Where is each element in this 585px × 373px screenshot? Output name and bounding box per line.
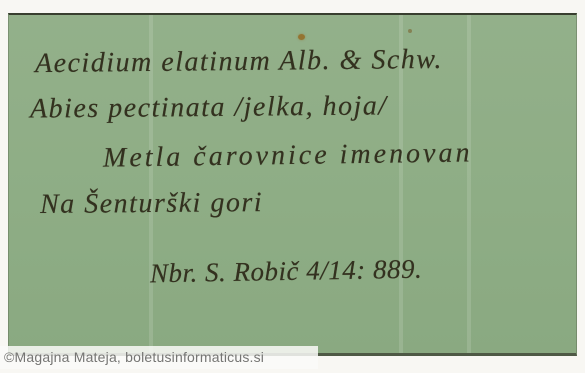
scanned-photo: Aecidium elatinum Alb. & Schw. Abies pec… xyxy=(0,0,585,373)
handwriting-line-locality: Na Šenturški gori xyxy=(40,189,263,219)
foxing-spot xyxy=(298,34,305,40)
handwriting-line-species: Aecidium elatinum Alb. & Schw. xyxy=(35,46,443,78)
foxing-spot xyxy=(408,29,412,33)
handwriting-line-host-plant: Abies pectinata /jelka, hoja/ xyxy=(30,92,388,123)
paper-fold-line xyxy=(467,15,471,353)
handwriting-line-collector-date: Nbr. S. Robič 4/14: 889. xyxy=(150,256,423,288)
copyright-text: ©Magajna Mateja, boletusinformaticus.si xyxy=(4,349,264,365)
handwriting-line-common-name: Metla čarovnice imenovan xyxy=(103,139,473,172)
